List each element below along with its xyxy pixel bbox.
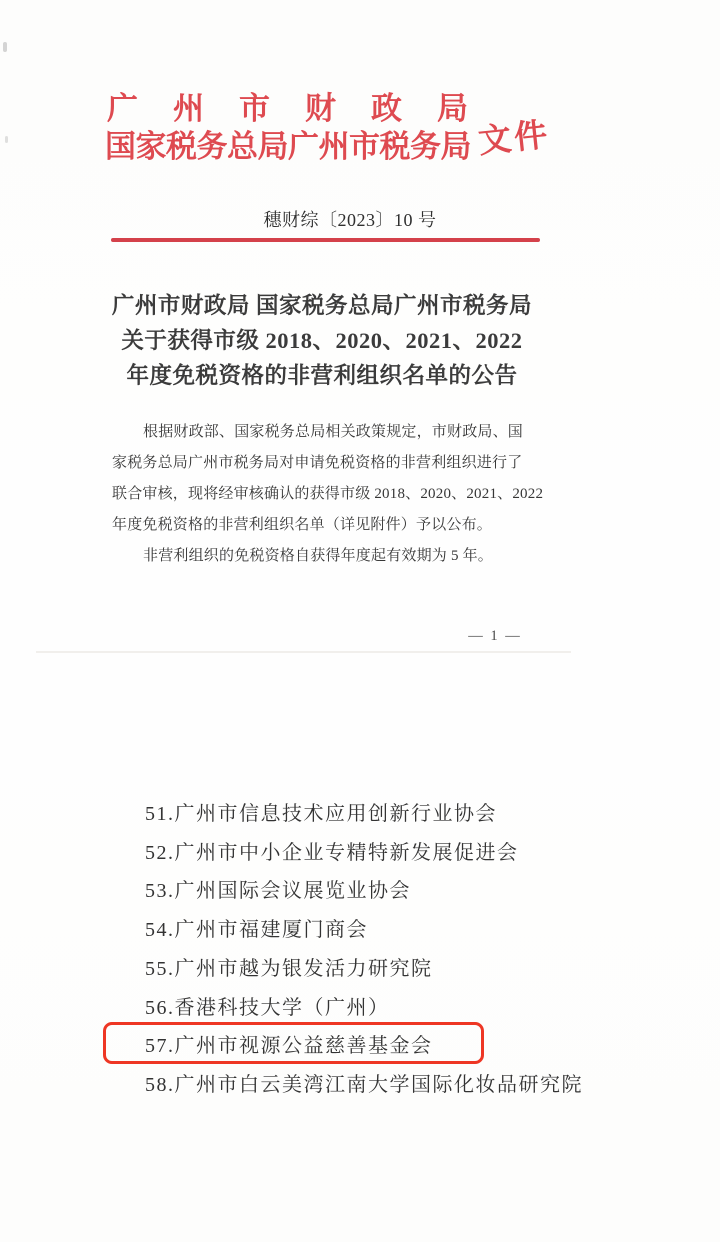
list-item: 54.广州市福建厦门商会 xyxy=(145,911,583,950)
page-number: — 1 — xyxy=(430,628,560,645)
list-item: 53.广州国际会议展览业协会 xyxy=(145,872,583,911)
announcement-title: 广州市财政局 国家税务总局广州市税务局 关于获得市级 2018、2020、202… xyxy=(92,288,552,393)
body-line: 根据财政部、国家税务总局相关政策规定，市财政局、国 xyxy=(112,417,543,448)
scanned-document-page: 广州市财政局 国家税务总局广州市税务局 文件 穗财综〔2023〕10 号 广州市… xyxy=(0,0,720,1242)
body-line: 家税务总局广州市税务局对申请免税资格的非营利组织进行了 xyxy=(112,448,543,479)
list-item: 58.广州市白云美湾江南大学国际化妆品研究院 xyxy=(145,1066,583,1105)
document-mark-label: 文件 xyxy=(476,108,553,162)
letterhead-red-rule xyxy=(111,238,540,242)
title-line-1: 广州市财政局 国家税务总局广州市税务局 xyxy=(92,288,552,323)
list-item: 52.广州市中小企业专精特新发展促进会 xyxy=(145,834,583,873)
page-separator-line xyxy=(36,651,571,653)
issuer-name-line2: 国家税务总局广州市税务局 xyxy=(105,128,471,166)
list-item: 51.广州市信息技术应用创新行业协会 xyxy=(145,795,583,834)
body-line: 年度免税资格的非营利组织名单（详见附件）予以公布。 xyxy=(112,510,543,541)
body-line: 联合审核，现将经审核确认的获得市级 2018、2020、2021、2022 xyxy=(112,479,543,510)
title-line-3: 年度免税资格的非营利组织名单的公告 xyxy=(92,358,552,393)
body-line: 非营利组织的免税资格自获得年度起有效期为 5 年。 xyxy=(112,541,543,572)
scan-artifact xyxy=(5,136,8,143)
issuer-name-line1: 广州市财政局 xyxy=(107,90,503,128)
title-line-2: 关于获得市级 2018、2020、2021、2022 xyxy=(92,323,552,358)
list-item: 55.广州市越为银发活力研究院 xyxy=(145,950,583,989)
scan-artifact xyxy=(3,42,7,52)
announcement-body: 根据财政部、国家税务总局相关政策规定，市财政局、国 家税务总局广州市税务局对申请… xyxy=(112,417,543,572)
document-number: 穗财综〔2023〕10 号 xyxy=(200,206,500,232)
highlight-annotation-box xyxy=(103,1022,484,1064)
